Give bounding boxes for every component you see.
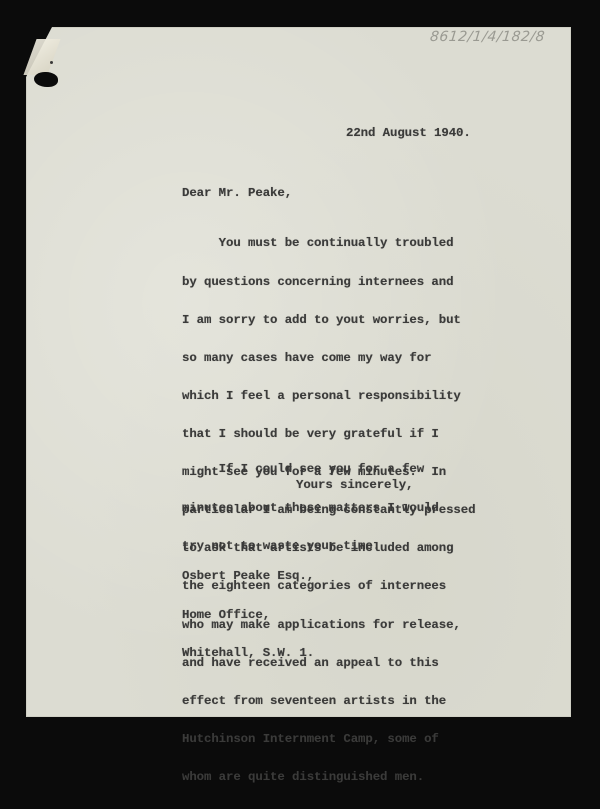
body-line: I am sorry to add to yout worries, but <box>182 314 475 327</box>
salutation: Dear Mr. Peake, <box>182 187 292 200</box>
body-line: You must be continually troubled <box>182 237 475 250</box>
body-line: which I feel a personal responsibility <box>182 390 475 403</box>
body-line: If I could see you for a few <box>182 463 439 476</box>
recipient-address: Osbert Peake Esq., Home Office, Whitehal… <box>182 545 314 685</box>
body-line: minutes about these matters I would <box>182 502 439 515</box>
body-line: effect from seventeen artists in the <box>182 695 475 708</box>
address-line: Whitehall, S.W. 1. <box>182 647 314 660</box>
paper-mark <box>50 61 53 64</box>
letter-page: 8612/1/4/182/8 22nd August 1940. Dear Mr… <box>26 27 571 717</box>
letter-date: 22nd August 1940. <box>346 127 471 140</box>
address-line: Home Office, <box>182 609 314 622</box>
body-line: so many cases have come my way for <box>182 352 475 365</box>
body-line: Hutchinson Internment Camp, some of <box>182 733 475 745</box>
punch-hole <box>34 72 58 87</box>
address-line: Osbert Peake Esq., <box>182 570 314 583</box>
body-line: by questions concerning internees and <box>182 276 475 289</box>
archive-reference-number: 8612/1/4/182/8 <box>429 29 546 45</box>
closing: Yours sincerely, <box>296 479 413 492</box>
